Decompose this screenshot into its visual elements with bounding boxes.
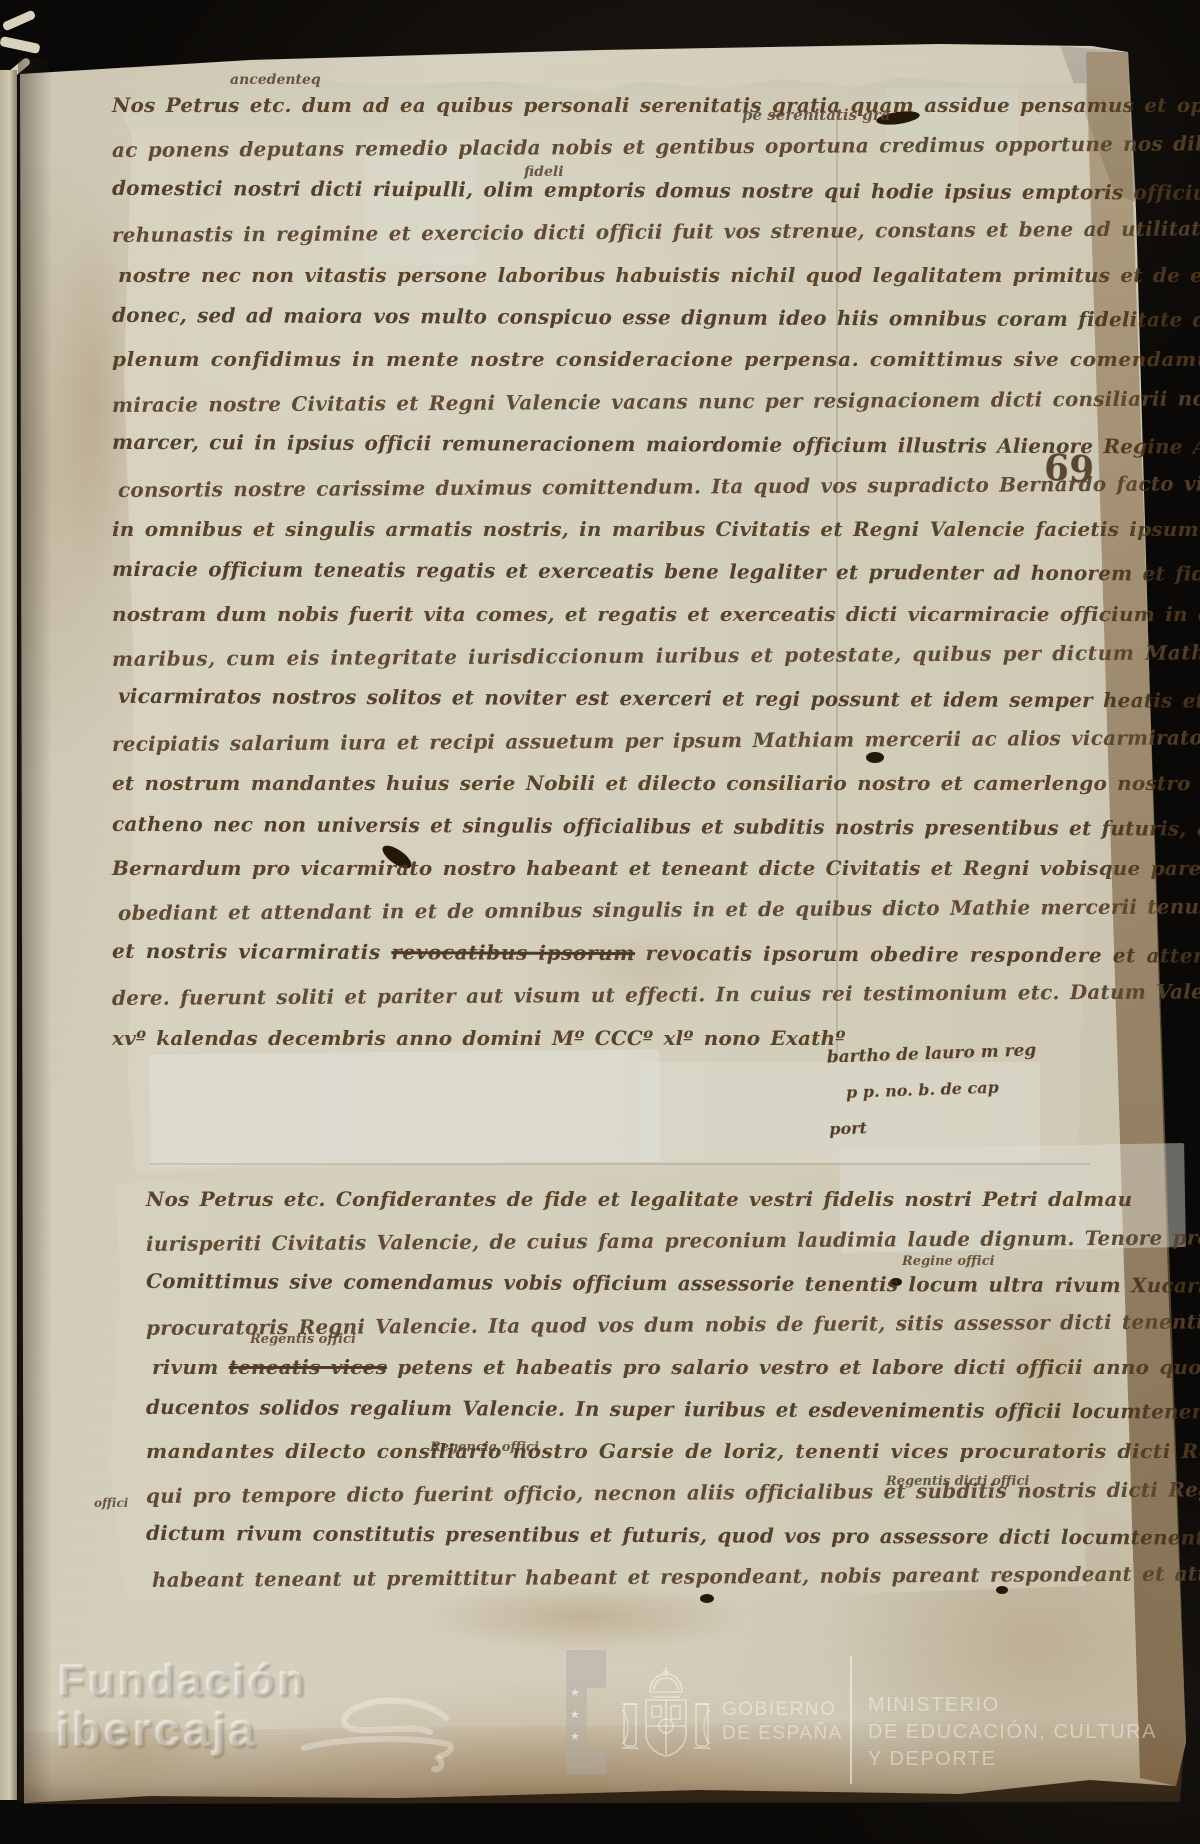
manuscript-line: dere. fuerunt soliti et pariter aut visu… xyxy=(112,971,1097,1019)
manuscript-line: obediant et attendant in et de omnibus s… xyxy=(112,886,1097,934)
interlinear-heading: ancedenteq xyxy=(230,72,321,88)
manuscript-line: domestici nostri dicti riuipulli, olim e… xyxy=(112,167,1097,214)
manuscript-line: miracie officium teneatis regatis et exe… xyxy=(112,548,1097,595)
manuscript-line: et nostrum mandantes huius serie Nobili … xyxy=(112,762,1097,804)
ibercaja-logo-icon xyxy=(298,1692,458,1776)
manuscript-line: qui pro tempore dicto fuerint officio, n… xyxy=(146,1469,1096,1517)
manuscript-line: procuratoris Regni Valencie. Ita quod vo… xyxy=(146,1301,1096,1349)
manuscript-line: donec, sed ad maiora vos multo conspicuo… xyxy=(112,294,1097,341)
interlinear-note: fideli xyxy=(524,164,564,180)
charter-1-text: Nos Petrus etc. dum ad ea quibus persona… xyxy=(112,84,1097,1059)
ministerio-line: MINISTERIO xyxy=(868,1692,1157,1719)
manuscript-line-corrected: Comittimus sive comendamus vobis officiu… xyxy=(146,1260,1096,1306)
gutter-shadow xyxy=(18,58,52,1802)
charter-2-text: Nos Petrus etc. Confiderantes de fide et… xyxy=(146,1178,1096,1598)
gobierno-line: DE ESPAÑA xyxy=(722,1722,843,1746)
line-segment: revocatis ipsorum obedire respondere et … xyxy=(635,941,1200,968)
manuscript-line: mandantes dilecto consiliario nostro Gar… xyxy=(146,1430,1096,1472)
line-segment: et nostris vicarmiratis xyxy=(112,939,391,964)
manuscript-line: iurisperiti Civitatis Valencie, de cuius… xyxy=(146,1217,1096,1265)
eu-star-icon: ★ xyxy=(570,1686,580,1699)
ministerio-line: Y DEPORTE xyxy=(868,1746,1157,1773)
crease-line xyxy=(150,1163,1090,1165)
manuscript-line: Nos Petrus etc. dum ad ea quibus persona… xyxy=(112,84,1097,126)
manuscript-line: maribus, cum eis integritate iurisdiccio… xyxy=(112,632,1097,680)
manuscript-line: marcer, cui in ipsius officii remuneraci… xyxy=(112,421,1097,468)
eu-star-icon: ★ xyxy=(570,1708,580,1721)
manuscript-line: ducentos solidos regalium Valencie. In s… xyxy=(146,1386,1096,1432)
watermark-divider xyxy=(850,1656,852,1784)
line-segment: Comittimus sive comendamus vobis officiu… xyxy=(146,1269,1200,1298)
manuscript-photo: 69 Nos Petrus etc. dum ad ea quibus pers… xyxy=(0,0,1200,1844)
manuscript-line: nostram dum nobis fuerit vita comes, et … xyxy=(112,593,1097,635)
manuscript-line: Nos Petrus etc. Confiderantes de fide et… xyxy=(146,1178,1096,1220)
manuscript-line: consortis nostre carissime duximus comit… xyxy=(112,463,1097,511)
eu-star-icon: ★ xyxy=(570,1730,580,1743)
repair-tape xyxy=(149,1049,660,1166)
manuscript-line: rehunastis in regimine et exercicio dict… xyxy=(112,208,1097,256)
manuscript-line: nostre nec non vitastis persone laboribu… xyxy=(112,254,1097,296)
ministerio-watermark: MINISTERIO DE EDUCACIÓN, CULTURA Y DEPOR… xyxy=(868,1692,1157,1773)
line-segment: rivum xyxy=(152,1355,229,1379)
manuscript-line-corrected: et nostris vicarmiratis revocatibus ipso… xyxy=(112,930,1097,977)
struck-text: teneatis vices xyxy=(229,1355,387,1379)
ministerio-line: DE EDUCACIÓN, CULTURA xyxy=(868,1719,1157,1746)
gobierno-line: GOBIERNO xyxy=(722,1698,843,1722)
manuscript-line: in omnibus et singulis armatis nostris, … xyxy=(112,508,1097,550)
spain-coat-of-arms-icon xyxy=(616,1664,716,1766)
manuscript-line: miracie nostre Civitatis et Regni Valenc… xyxy=(112,378,1097,426)
line-segment: petens et habeatis pro salario vestro et… xyxy=(387,1355,1200,1379)
binding-thread xyxy=(0,36,41,54)
binding-thread xyxy=(2,9,37,31)
chancery-note-line: port xyxy=(829,1104,1040,1147)
chancery-note: bartho de lauro m reg p p. no. b. de cap… xyxy=(826,1032,1039,1147)
manuscript-line: Bernardum pro vicarmirato nostro habeant… xyxy=(112,847,1097,889)
fundacion-ibercaja-watermark-line1: Fundación xyxy=(58,1656,307,1706)
fundacion-ibercaja-watermark-line2: ibercaja xyxy=(56,1702,258,1757)
marginal-note: offici xyxy=(94,1496,128,1510)
gobierno-de-espana-watermark: GOBIERNO DE ESPAÑA xyxy=(722,1698,843,1746)
chancery-note-line: bartho de lauro m reg xyxy=(826,1032,1037,1075)
manuscript-line: catheno nec non universis et singulis of… xyxy=(112,802,1097,849)
manuscript-line: plenum confidimus in mente nostre consid… xyxy=(112,338,1097,380)
interlinear-note: pe serenitatis gra xyxy=(742,106,890,124)
manuscript-line: habeant teneant ut premittitur habeant e… xyxy=(146,1553,1096,1601)
manuscript-line: recipiatis salarium iura et recipi assue… xyxy=(112,717,1097,765)
manuscript-line: ac ponens deputans remedio placida nobis… xyxy=(112,123,1097,171)
manuscript-line-corrected: rivum teneatis vices petens et habeatis … xyxy=(146,1346,1096,1388)
struck-text: revocatibus ipsorum xyxy=(391,940,635,965)
manuscript-line: vicarmiratos nostros solitos et noviter … xyxy=(112,675,1097,722)
underlying-page-edge xyxy=(0,70,17,1800)
manuscript-line: dictum rivum constitutis presentibus et … xyxy=(146,1512,1096,1558)
